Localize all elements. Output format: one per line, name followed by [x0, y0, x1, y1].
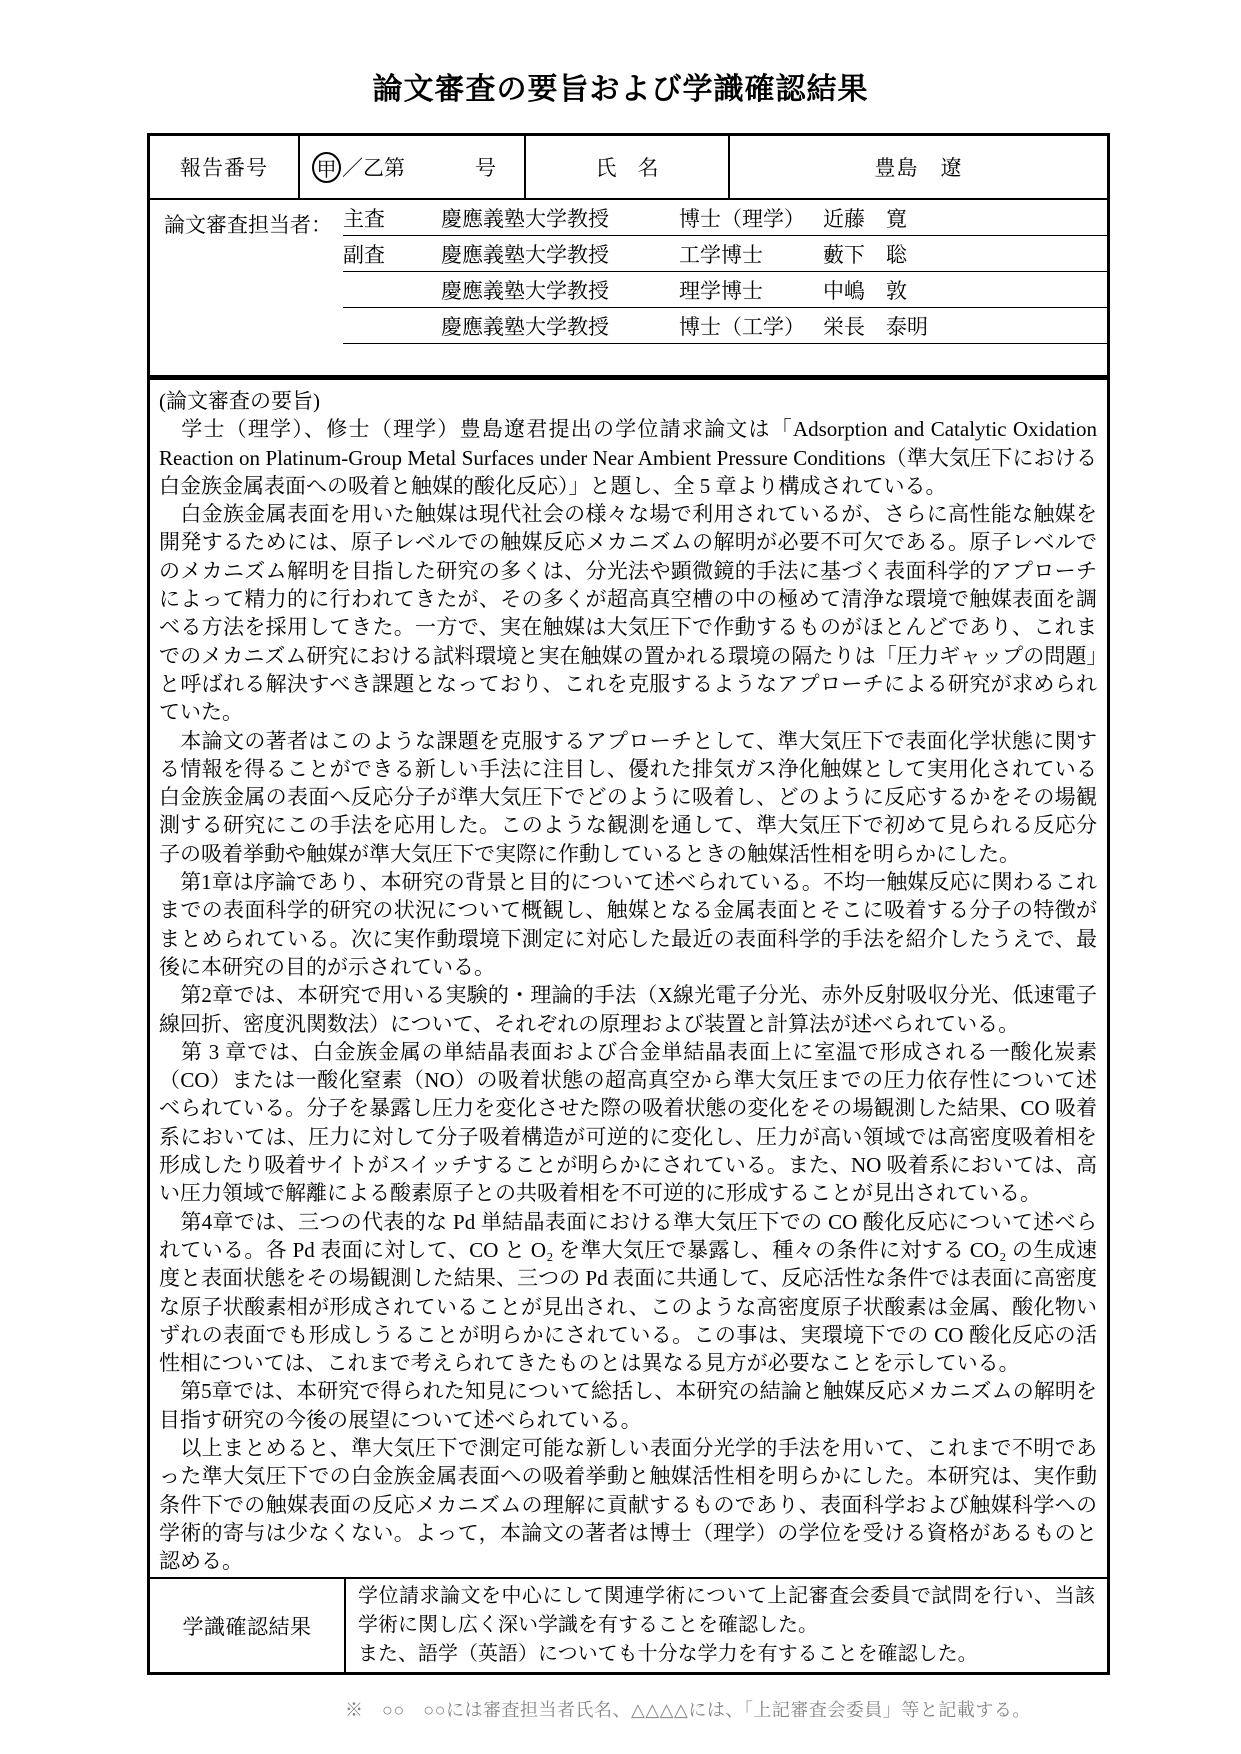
examiner-degree: 博士（理学）: [679, 203, 823, 233]
summary-paragraph: 白金族金属表面を用いた触媒は現代社会の様々な場で利用されているが、さらに高性能な…: [159, 500, 1097, 726]
footnote: ※ ○○ ○○には審査担当者氏名、△△△△には、「上記審査会委員」等と記載する。: [345, 1696, 1031, 1722]
report-number-suffix: 号: [475, 152, 496, 182]
report-number-text: ／乙第: [342, 152, 405, 182]
summary-paragraph: 第2章では、本研究で用いる実験的・理論的手法（X線光電子分光、赤外反射吸収分光、…: [159, 981, 1097, 1038]
header-row: 報告番号 甲 ／乙第 号 氏 名 豊島 遼: [150, 136, 1107, 200]
review-summary: (論文審査の要旨) 学士（理学）、修士（理学）豊島遼君提出の学位請求論文は「Ad…: [150, 380, 1107, 1577]
review-form-table: 報告番号 甲 ／乙第 号 氏 名 豊島 遼 論文審査担当者： 主査 慶應義塾大学…: [147, 133, 1110, 1675]
summary-paragraph: 以上まとめると、準大気圧下で測定可能な新しい表面分光学的手法を用いて、これまで不…: [159, 1434, 1097, 1575]
examiner-row: 副査 慶應義塾大学教授 工学博士 藪下 聡: [343, 236, 1107, 272]
result-label: 学識確認結果: [150, 1579, 346, 1672]
examiner-affiliation: 慶應義塾大学教授: [441, 203, 679, 233]
name-label: 氏 名: [526, 136, 730, 198]
kou-circle-mark: 甲: [312, 152, 341, 183]
document-page: 論文審査の要旨および学識確認結果 報告番号 甲 ／乙第 号 氏 名 豊島 遼 論…: [0, 0, 1241, 1754]
candidate-name: 豊島 遼: [730, 136, 1107, 198]
report-number-cell: 甲 ／乙第 号: [300, 136, 526, 198]
summary-paragraph: 第 3 章では、白金族金属の単結晶表面および合金単結晶表面上に室温で形成される一…: [159, 1038, 1097, 1208]
examiner-role: 副査: [343, 239, 441, 269]
examiner-name: 栄長 泰明: [823, 311, 1107, 341]
examiner-affiliation: 慶應義塾大学教授: [441, 311, 679, 341]
examiner-rows: 主査 慶應義塾大学教授 博士（理学） 近藤 寛 副査 慶應義塾大学教授 工学博士…: [343, 200, 1107, 344]
summary-paragraph: 第1章は序論であり、本研究の背景と目的について述べられている。不均一触媒反応に関…: [159, 868, 1097, 981]
result-paragraph: また、語学（英語）についても十分な学力を有することを確認した。: [358, 1640, 1095, 1669]
examiners-label: 論文審査担当者：: [164, 209, 332, 239]
result-paragraph: 学位請求論文を中心にして関連学術について上記審査会委員で試問を行い、当該学術に関…: [358, 1582, 1095, 1640]
result-row: 学識確認結果 学位請求論文を中心にして関連学術について上記審査会委員で試問を行い…: [150, 1577, 1107, 1672]
summary-paragraph: 第4章では、三つの代表的な Pd 単結晶表面における準大気圧下での CO 酸化反…: [159, 1208, 1097, 1378]
examiner-name: 中嶋 敦: [823, 275, 1107, 305]
examiner-affiliation: 慶應義塾大学教授: [441, 239, 679, 269]
examiner-degree: 理学博士: [679, 275, 823, 305]
examiner-name: 藪下 聡: [823, 239, 1107, 269]
examiner-name: 近藤 寛: [823, 203, 1107, 233]
examiner-row: 慶應義塾大学教授 理学博士 中嶋 敦: [343, 272, 1107, 308]
result-text: 学位請求論文を中心にして関連学術について上記審査会委員で試問を行い、当該学術に関…: [346, 1579, 1107, 1672]
report-number-label: 報告番号: [150, 136, 300, 198]
summary-paragraph: 第5章では、本研究で得られた知見について総括し、本研究の結論と触媒反応メカニズム…: [159, 1377, 1097, 1434]
summary-paragraph: 本論文の著者はこのような課題を克服するアプローチとして、準大気圧下で表面化学状態…: [159, 727, 1097, 868]
page-title: 論文審査の要旨および学識確認結果: [0, 64, 1241, 108]
summary-paragraph: 学士（理学）、修士（理学）豊島遼君提出の学位請求論文は「Adsorption a…: [159, 415, 1097, 500]
examiners-section: 論文審査担当者： 主査 慶應義塾大学教授 博士（理学） 近藤 寛 副査 慶應義塾…: [150, 200, 1107, 375]
examiner-degree: 工学博士: [679, 239, 823, 269]
summary-paragraph: (論文審査の要旨): [159, 387, 1097, 415]
examiner-affiliation: 慶應義塾大学教授: [441, 275, 679, 305]
examiner-degree: 博士（工学）: [679, 311, 823, 341]
examiner-role: 主査: [343, 203, 441, 233]
examiner-row: 慶應義塾大学教授 博士（工学） 栄長 泰明: [343, 308, 1107, 344]
examiner-row: 主査 慶應義塾大学教授 博士（理学） 近藤 寛: [343, 200, 1107, 236]
